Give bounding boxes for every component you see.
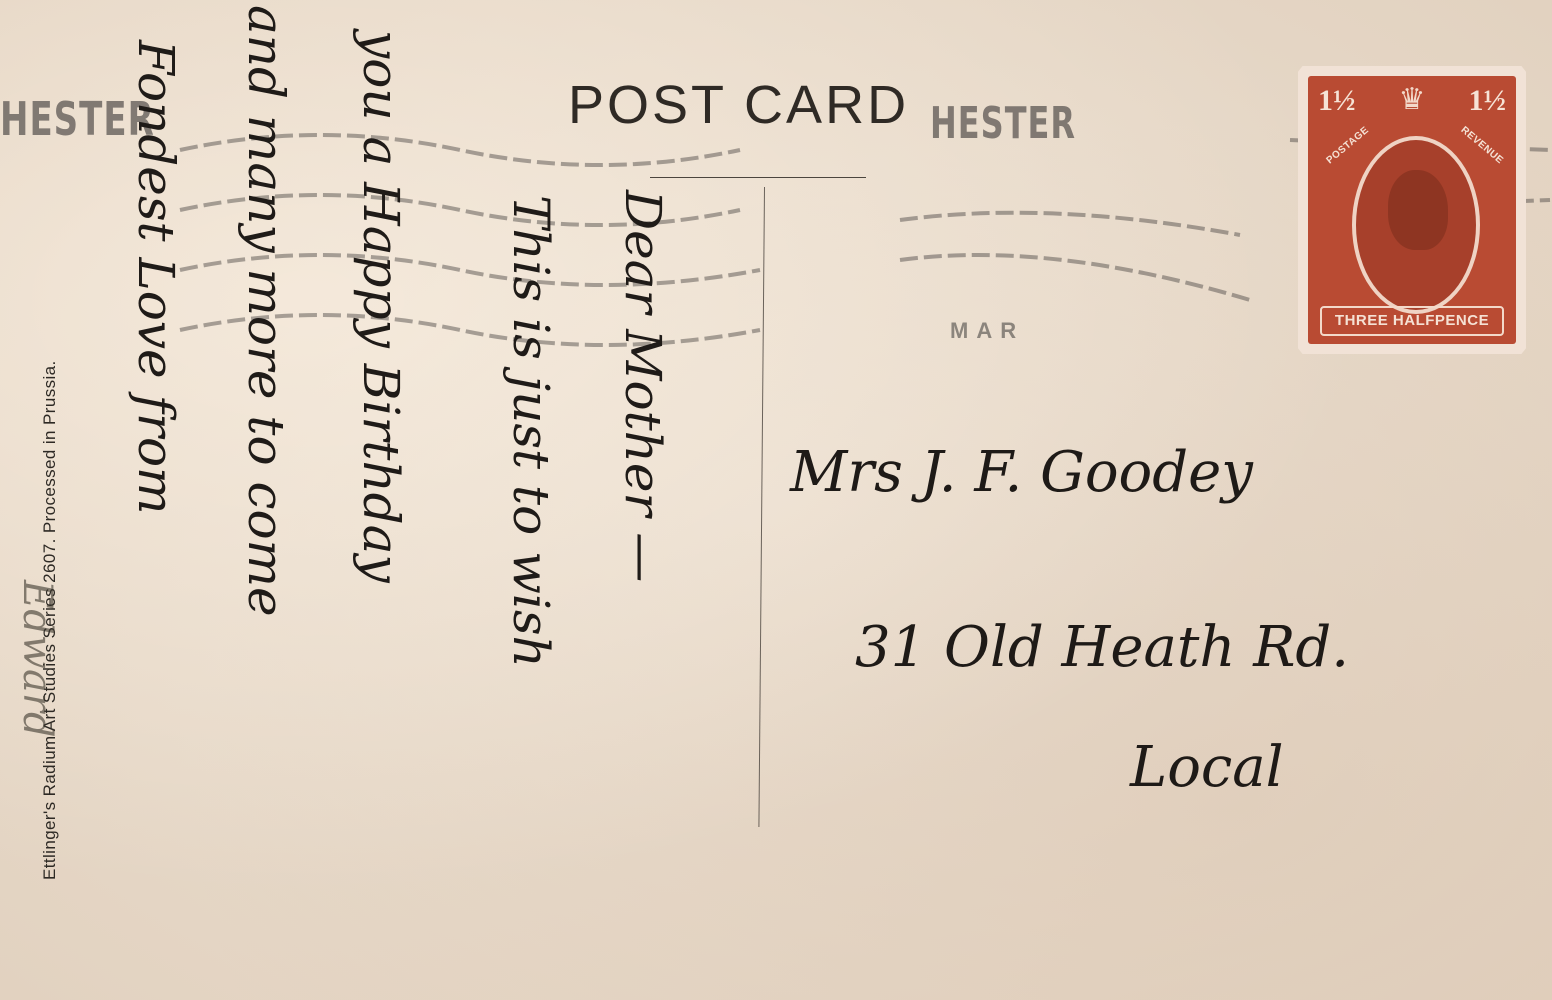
address-line-town: Local xyxy=(1130,735,1284,800)
postage-stamp: 1½ 1½ ♛ POSTAGE REVENUE THREE HALFPENCE xyxy=(1298,66,1526,354)
postcard-back: HESTER HESTER MAR POST CARD Ettlinger's … xyxy=(0,0,1552,1000)
post-card-heading: POST CARD xyxy=(568,74,909,136)
heading-rule xyxy=(650,177,866,178)
stamp-label-postage: POSTAGE xyxy=(1325,125,1372,167)
divider-line xyxy=(758,187,765,827)
stamp-face: 1½ 1½ ♛ POSTAGE REVENUE THREE HALFPENCE xyxy=(1308,76,1516,344)
portrait-head xyxy=(1388,170,1448,250)
crown-icon: ♛ xyxy=(1382,82,1442,118)
address-line-street: 31 Old Heath Rd. xyxy=(855,615,1349,680)
message-line: Fondest Love from xyxy=(127,40,185,514)
message-line: This is just to wish xyxy=(502,195,560,668)
stamp-value-left: 1½ xyxy=(1318,84,1356,118)
stamp-value-right: 1½ xyxy=(1469,84,1507,118)
stamp-denomination: THREE HALFPENCE xyxy=(1320,306,1504,336)
message-line: you a Happy Birthday xyxy=(352,30,410,583)
address-line-name: Mrs J. F. Goodey xyxy=(790,440,1253,505)
signature: Edward xyxy=(14,580,60,738)
postmark-date: MAR xyxy=(950,318,1024,344)
king-portrait-icon xyxy=(1352,136,1480,314)
stamp-label-revenue: REVENUE xyxy=(1459,125,1506,167)
message-line: Dear Mother — xyxy=(614,190,672,582)
postmark-town-right: HESTER xyxy=(930,97,1076,148)
message-line: and many more to come xyxy=(237,5,295,617)
